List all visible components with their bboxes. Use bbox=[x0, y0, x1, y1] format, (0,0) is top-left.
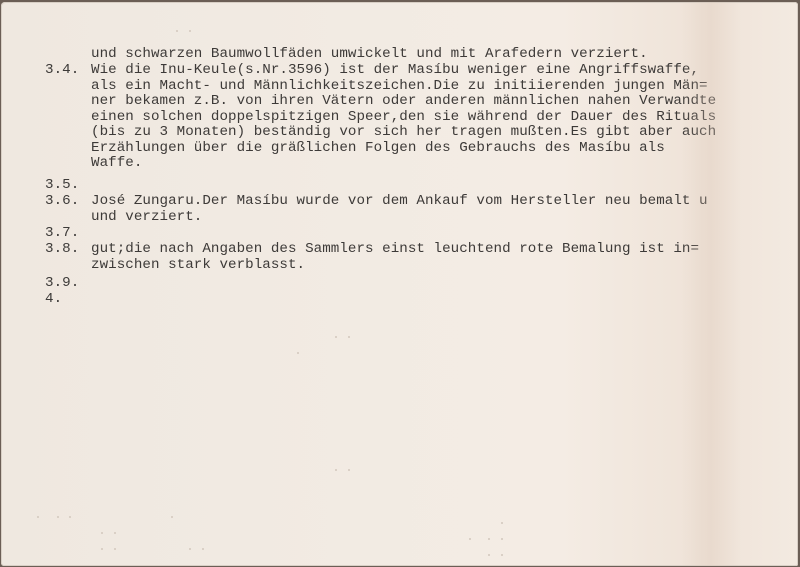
entry-3-4-line-1: Wie die Inu-Keule(s.Nr.3596) ist der Mas… bbox=[91, 63, 699, 79]
continuation-line: und schwarzen Baumwollfäden umwickelt un… bbox=[91, 47, 648, 63]
catalogue-card: und schwarzen Baumwollfäden umwickelt un… bbox=[1, 2, 798, 566]
entry-label-3-7: 3.7. bbox=[45, 226, 79, 242]
entry-3-6-line-2: und verziert. bbox=[91, 210, 202, 226]
entry-3-4-line-5: (bis zu 3 Monaten) beständig vor sich he… bbox=[91, 125, 716, 141]
entry-3-4-line-6: Erzählungen über die gräßlichen Folgen d… bbox=[91, 141, 665, 157]
entry-label-3-5: 3.5. bbox=[45, 178, 79, 194]
entry-label-3-6: 3.6. bbox=[45, 194, 79, 210]
entry-3-8-line-1: gut;die nach Angaben des Sammlers einst … bbox=[91, 242, 699, 258]
entry-label-3-8: 3.8. bbox=[45, 242, 79, 258]
entry-label-3-9: 3.9. bbox=[45, 276, 79, 292]
entry-3-4-line-2: als ein Macht- und Männlichkeitszeichen.… bbox=[91, 79, 708, 95]
entry-label-4: 4. bbox=[45, 292, 62, 308]
entry-3-6-line-1: José Zungaru.Der Masíbu wurde vor dem An… bbox=[91, 194, 708, 210]
entry-3-8-line-2: zwischen stark verblasst. bbox=[91, 258, 305, 274]
entry-3-4-line-3: ner bekamen z.B. von ihren Vätern oder a… bbox=[91, 94, 716, 110]
entry-3-4-line-4: einen solchen doppelspitzigen Speer,den … bbox=[91, 110, 716, 126]
entry-3-4-line-7: Waffe. bbox=[91, 156, 142, 172]
entry-label-3-4: 3.4. bbox=[45, 63, 79, 79]
typed-text-block: und schwarzen Baumwollfäden umwickelt un… bbox=[1, 2, 798, 566]
